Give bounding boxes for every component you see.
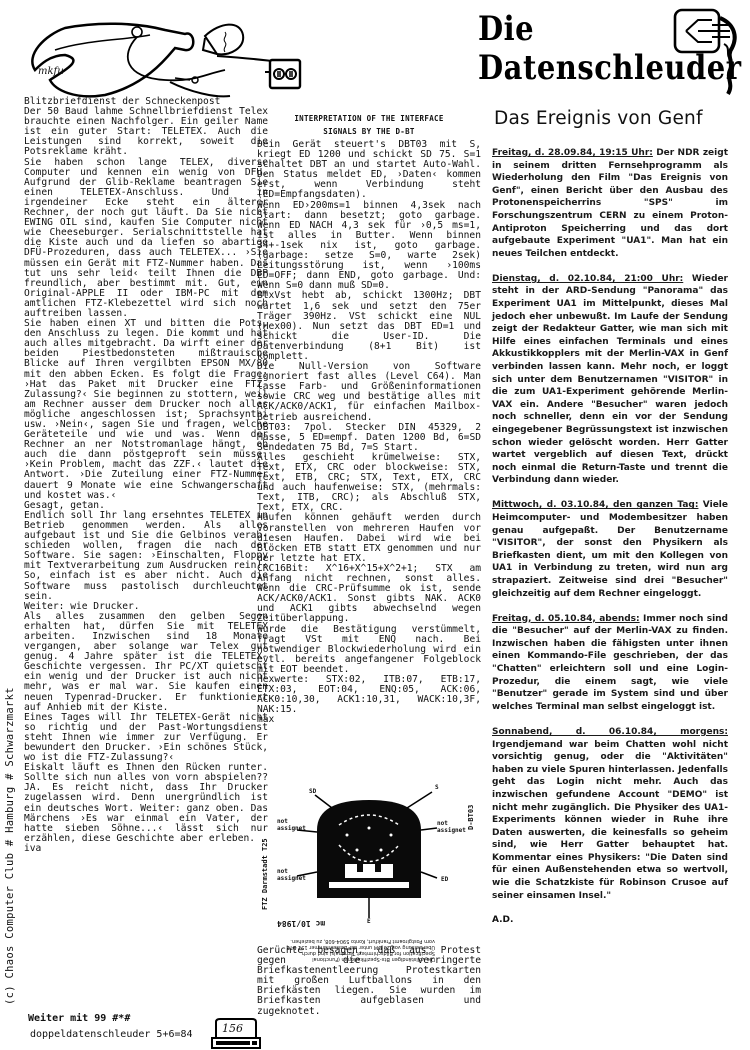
chaos-knot-logo-icon [672, 4, 742, 104]
article-paragraph: Der 50 Baud lahme Schnellbriefdienst Tel… [24, 107, 268, 157]
article-paragraph: Endlich soll Ihr lang ersehntes TELETEX … [24, 511, 268, 602]
entry-date: Sonnabend, d. 06.10.84, morgens: [492, 727, 728, 737]
page-number-computer: 156 [210, 1018, 262, 1050]
btx-interface-article: INTERPRETATION OF THE INTERFACE SIGNALS … [257, 112, 481, 725]
pin-label-not-assigned: not assignet [277, 868, 307, 882]
article-paragraph: Hexwerte: STX:02, ITB:07, ETB:17, ETX:03… [257, 675, 481, 715]
entry-text: Wieder steht in der ARD-Sendung "Panoram… [492, 274, 728, 486]
article-paragraph: Wurde die Bestätigung verstümmelt, fragt… [257, 625, 481, 675]
entry-date: Freitag, d. 05.10.84, abends: [492, 614, 640, 624]
article-paragraph: Eiskalt läuft es Ihnen den Rücken runter… [24, 763, 268, 844]
dated-entry: Freitag, d. 05.10.84, abends: Immer noch… [492, 613, 728, 714]
dated-entry: Dienstag, d. 02.10.84, 21:00 Uhr: Wieder… [492, 273, 728, 487]
article-paragraph: Eines Tages will Ihr TELETEX-Gerät nicht… [24, 713, 268, 763]
article-paragraph: CRC16Bit: X^16+X^15+X^2+1; STX am Anfang… [257, 564, 481, 625]
article-paragraph: Alles geschieht krümelweise: STX, Text, … [257, 453, 481, 514]
din-connector-diagram-icon [257, 790, 481, 920]
issue-line: doppeldatenschleuder 5+6=84 [30, 1029, 193, 1040]
article-paragraph: Dein Gerät steuert's DBT03 mit S, kriegt… [257, 140, 481, 201]
copyright-credit: (c) Chaos Computer Club # Hamburg # Schw… [4, 565, 16, 1005]
pin-label-s: S [435, 784, 439, 791]
article-title: Das Ereignis von Genf [494, 108, 728, 129]
article-paragraph: Die Null-Version von Software ignoriert … [257, 362, 481, 423]
genf-event-article: Das Ereignis von Genf Freitag, d. 28.09.… [492, 108, 728, 925]
entry-text: Viele Heimcomputer- und Modembesitzer ha… [492, 500, 728, 598]
entry-date: Mittwoch, d. 03.10.84, den ganzen Tag: [492, 500, 698, 510]
article-paragraph: Wenn ED›200ms=1 binnen 4,3sek nach Start… [257, 201, 481, 292]
artist-signature: mkfu [38, 66, 64, 77]
teletex-article: Blitzbriefdienst der Schneckenpost Der 5… [24, 97, 268, 854]
dbt-side-label: D-BT03 [467, 805, 475, 830]
pin-label-ground: E [367, 918, 371, 925]
article-paragraph: Als alles zusammen den gelben Segen erha… [24, 612, 268, 713]
article-heading: INTERPRETATION OF THE INTERFACE [257, 112, 481, 125]
article-paragraph: Sie haben einen XT und bitten die Pots, … [24, 319, 268, 501]
pin-label-not-assigned: not assignet [437, 820, 467, 834]
ftz-side-label: FTZ Darmstadt T25 [261, 838, 269, 910]
masthead: mkfu Die Datenschleuder [0, 0, 750, 100]
entry-text: Irgendjemand war beim Chatten wohl nicht… [492, 740, 728, 901]
continued-note: Weiter mit 99 #*# [28, 1013, 130, 1024]
article-paragraph: Haufen können gehäuft werden durch Voran… [257, 513, 481, 563]
entry-text: Der NDR zeigt in seinem dritten Fernsehp… [492, 148, 728, 259]
article-signoff: iva [24, 844, 268, 854]
author-initials: A.D. [492, 915, 728, 925]
balloon-rumor-note: Gerüchte besagen, daß aus Protest gegen … [257, 946, 481, 1017]
din-connector-figure: SD S not assignet not assignet not assig… [257, 790, 481, 940]
entry-date: Freitag, d. 28.09.84, 19:15 Uhr: [492, 148, 653, 158]
article-paragraph: BtxVst hebt ab, schickt 1300Hz; DBT wart… [257, 291, 481, 362]
article-paragraph: DBT03: 7pol. Stecker DIN 45329, 2 Masse,… [257, 423, 481, 453]
dated-entry: Mittwoch, d. 03.10.84, den ganzen Tag: V… [492, 499, 728, 600]
max-label: max [257, 715, 481, 725]
page-number: 156 [222, 1022, 243, 1035]
article-paragraph: Sie haben schon lange TELEX, diverse Com… [24, 158, 268, 320]
pin-label-not-assigned: not assignet [277, 818, 307, 832]
entry-text: Immer noch sind die "Besucher" auf der M… [492, 614, 728, 712]
article-paragraph: Gerüchte besagen, daß aus Protest gegen … [257, 946, 481, 1017]
article-subheading: SIGNALS BY THE D-BT [257, 125, 481, 138]
mc-credit: mc 10/1984 [277, 919, 325, 928]
pin-label-ed: ED [441, 876, 448, 883]
power-socket-icon [268, 58, 302, 90]
dated-entry: Sonnabend, d. 06.10.84, morgens: Irgendj… [492, 726, 728, 902]
dated-entry: Freitag, d. 28.09.84, 19:15 Uhr: Der NDR… [492, 147, 728, 260]
pin-label-sd: SD [309, 788, 316, 795]
entry-date: Dienstag, d. 02.10.84, 21:00 Uhr: [492, 274, 683, 284]
